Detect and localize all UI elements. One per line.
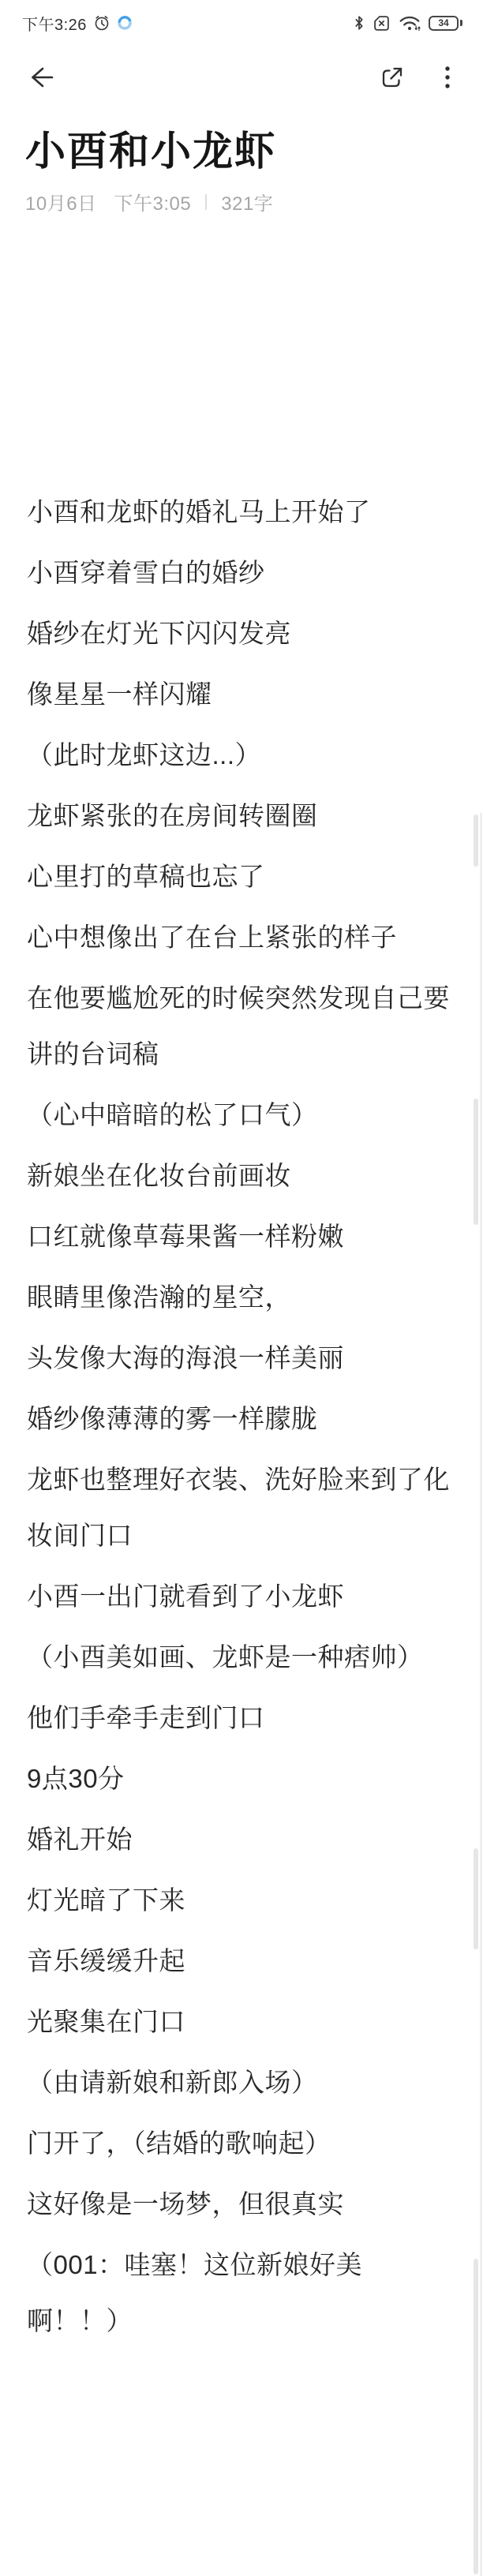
more-menu-button[interactable]	[444, 65, 451, 90]
note-paragraph: 小酉一出门就看到了小龙虾	[27, 1568, 455, 1624]
note-title: 小酉和小龙虾	[25, 129, 455, 174]
note: 小酉和小龙虾 10月6日 下午3:05 321字 小酉和龙虾的婚礼马上开始了小酉…	[0, 129, 483, 2349]
share-button[interactable]	[380, 66, 404, 90]
scrollbar-thumb-fragment[interactable]	[474, 1099, 478, 1225]
note-paragraph: 龙虾紧张的在房间转圈圈	[27, 788, 455, 844]
note-paragraph: 在他要尴尬死的时候突然发现自己要讲的台词稿	[27, 970, 455, 1082]
battery-icon: 34	[429, 16, 462, 31]
note-paragraph: 音乐缓缓升起	[27, 1933, 455, 1989]
note-paragraph: 心中想像出了在台上紧张的样子	[27, 909, 455, 965]
bluetooth-icon	[354, 14, 365, 32]
battery-percent: 34	[429, 16, 459, 31]
note-paragraph: 头发像大海的海浪一样美丽	[27, 1330, 455, 1386]
note-paragraph: 光聚集在门口	[27, 1994, 455, 2050]
note-word-count: 321字	[221, 188, 273, 215]
scrollbar-thumb-fragment[interactable]	[474, 814, 478, 867]
share-icon	[380, 66, 404, 90]
note-paragraph: 新娘坐在化妆台前画妆	[27, 1148, 455, 1204]
status-bar: 下午3:26	[0, 0, 483, 43]
notes-app-screen: { "status_bar": { "time": "下午3:26", "bat…	[0, 0, 483, 2576]
note-paragraph: 这好像是一场梦，但很真实	[27, 2176, 455, 2232]
note-paragraph: 婚纱像薄薄的雾一样朦胧	[27, 1391, 455, 1447]
more-icon	[444, 65, 451, 90]
note-paragraph: 婚纱在灯光下闪闪发亮	[27, 605, 455, 661]
scrollbar-thumb-fragment[interactable]	[474, 1848, 478, 1949]
back-icon	[27, 64, 55, 91]
scrollbar-thumb-fragment[interactable]	[474, 2259, 478, 2574]
note-paragraph: （由请新娘和新郎入场）	[27, 2054, 455, 2110]
wifi-icon	[399, 14, 421, 32]
note-paragraph: （此时龙虾这边...）	[27, 727, 455, 783]
status-time: 下午3:26	[22, 12, 87, 35]
note-paragraph: 灯光暗了下来	[27, 1872, 455, 1928]
note-paragraph: （小酉美如画、龙虾是一种痞帅）	[27, 1629, 455, 1685]
nav-bar	[0, 43, 483, 112]
note-paragraph: 9点30分	[27, 1750, 455, 1807]
note-time: 下午3:05	[114, 188, 192, 215]
note-paragraph: 小酉穿着雪白的婚纱	[27, 545, 455, 601]
note-date: 10月6日	[25, 188, 97, 215]
note-paragraph: 眼睛里像浩瀚的星空，	[27, 1269, 455, 1325]
note-paragraph: 婚礼开始	[27, 1811, 455, 1867]
note-paragraph: （心中暗暗的松了口气）	[27, 1087, 455, 1143]
scrollbar-track	[480, 813, 482, 2576]
note-body[interactable]: 小酉和龙虾的婚礼马上开始了小酉穿着雪白的婚纱婚纱在灯光下闪闪发亮像星星一样闪耀（…	[25, 215, 455, 2349]
note-paragraph: 心里打的草稿也忘了	[27, 848, 455, 904]
note-paragraph: 他们手牵手走到门口	[27, 1690, 455, 1746]
back-button[interactable]	[27, 64, 55, 91]
note-paragraph: 门开了，（结婚的歌响起）	[27, 2115, 455, 2171]
note-paragraph: 像星星一样闪耀	[27, 666, 455, 722]
no-sim-icon	[373, 14, 391, 32]
note-paragraph: 小酉和龙虾的婚礼马上开始了	[27, 484, 455, 540]
alarm-icon	[93, 14, 110, 32]
note-paragraph: 口红就像草莓果酱一样粉嫩	[27, 1208, 455, 1264]
note-meta: 10月6日 下午3:05 321字	[25, 188, 455, 215]
app-notification-icon	[117, 15, 133, 31]
note-paragraph: （001：哇塞！这位新娘好美啊！！）	[27, 2237, 455, 2349]
note-paragraph: 龙虾也整理好衣装、洗好脸来到了化妆间门口	[27, 1451, 455, 1563]
meta-divider	[205, 194, 207, 210]
